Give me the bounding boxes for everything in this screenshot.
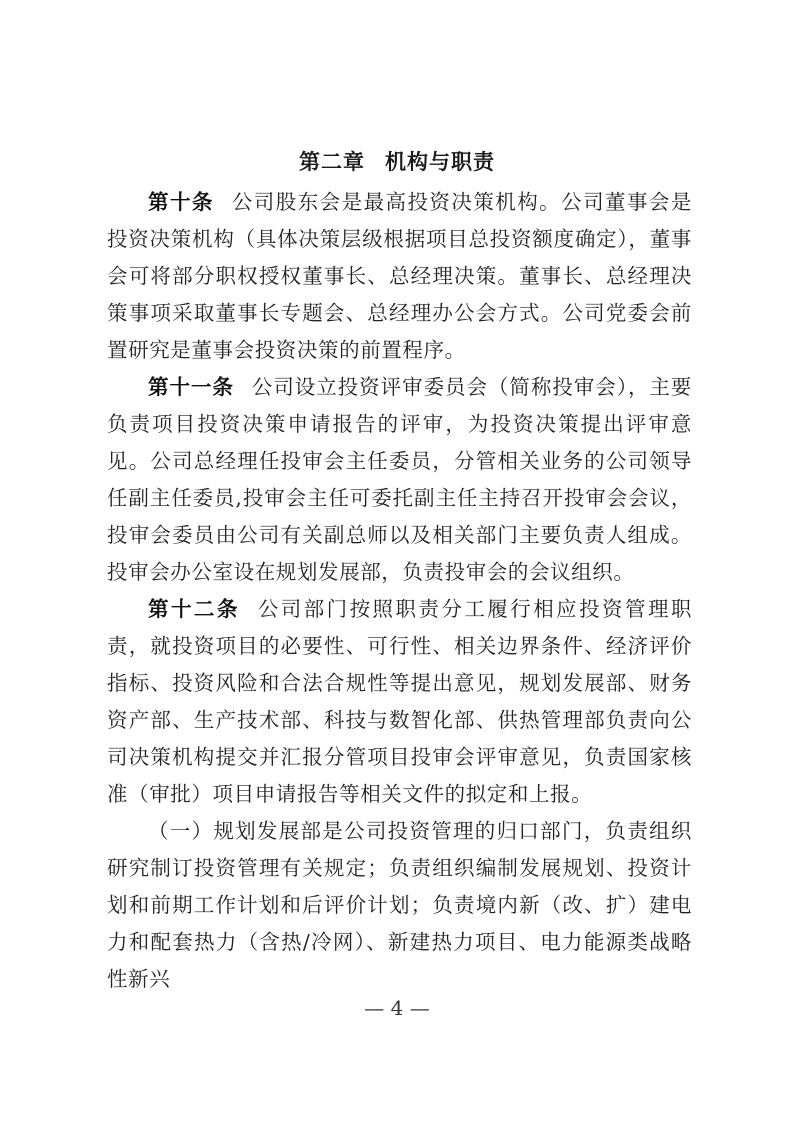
clause-1: （一）规划发展部是公司投资管理的归口部门，负责组织研究制订投资管理有关规定；负责… <box>107 813 692 998</box>
clause-text: （一）规划发展部是公司投资管理的归口部门，负责组织研究制订投资管理有关规定；负责… <box>107 819 692 991</box>
chapter-title: 第二章机构与职责 <box>0 146 794 176</box>
article-heading: 第十一条 <box>148 375 234 399</box>
article-text: 公司设立投资评审委员会（简称投审会），主要负责项目投资决策申请报告的评审，为投资… <box>107 375 692 584</box>
document-page: 第二章机构与职责 第十条公司股东会是最高投资决策机构。公司董事会是投资决策机构（… <box>0 0 794 1123</box>
article-heading: 第十二条 <box>148 597 240 621</box>
page-number: — 4 — <box>0 996 794 1020</box>
article-11: 第十一条公司设立投资评审委员会（简称投审会），主要负责项目投资决策申请报告的评审… <box>107 369 692 591</box>
article-heading: 第十条 <box>148 190 214 214</box>
article-10: 第十条公司股东会是最高投资决策机构。公司董事会是投资决策机构（具体决策层级根据项… <box>107 184 692 369</box>
document-body: 第十条公司股东会是最高投资决策机构。公司董事会是投资决策机构（具体决策层级根据项… <box>107 184 692 998</box>
article-text: 公司部门按照职责分工履行相应投资管理职责，就投资项目的必要性、可行性、相关边界条… <box>107 597 692 806</box>
article-12: 第十二条公司部门按照职责分工履行相应投资管理职责，就投资项目的必要性、可行性、相… <box>107 591 692 813</box>
article-text: 公司股东会是最高投资决策机构。公司董事会是投资决策机构（具体决策层级根据项目总投… <box>107 190 692 362</box>
chapter-number: 第二章 <box>299 150 365 174</box>
chapter-name: 机构与职责 <box>385 150 495 174</box>
